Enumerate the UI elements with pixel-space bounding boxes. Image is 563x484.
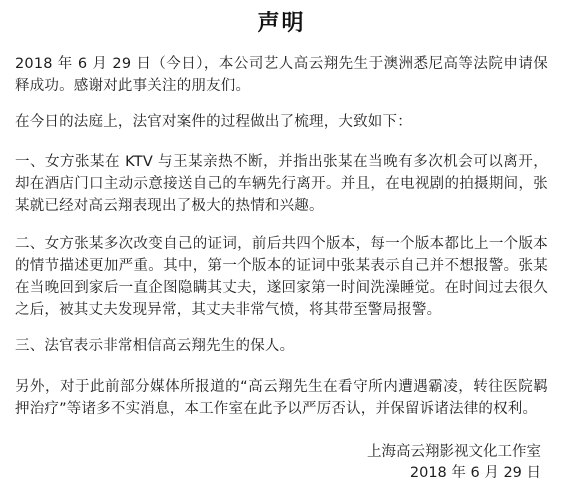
paragraph-media-denial: 另外，对于此前部分媒体所报道的“高云翔先生在看守所内遭遇霸凌，转往医院羁押治疗”… xyxy=(15,376,548,420)
paragraph-point-three: 三、法官表示非常相信高云翔先生的保人。 xyxy=(15,335,548,357)
paragraph-point-two: 二、女方张某多次改变自己的证词，前后共四个版本，每一个版本都比上一个版本的情节描… xyxy=(15,233,548,321)
document-title: 声明 xyxy=(0,6,563,37)
signature-organization: 上海高云翔影视文化工作室 xyxy=(367,442,541,463)
paragraph-point-one: 一、女方张某在 KTV 与王某亲热不断，并指出张某在当晚有多次机会可以离开，却在… xyxy=(15,151,548,217)
paragraph-bail-announcement: 2018 年 6 月 29 日（今日），本公司艺人高云翔先生于澳洲悉尼高等法院申… xyxy=(15,53,548,97)
signature-date: 2018 年 6 月 29 日 xyxy=(410,463,541,484)
paragraph-court-summary-intro: 在今日的法庭上，法官对案件的过程做出了梳理，大致如下： xyxy=(15,111,548,133)
